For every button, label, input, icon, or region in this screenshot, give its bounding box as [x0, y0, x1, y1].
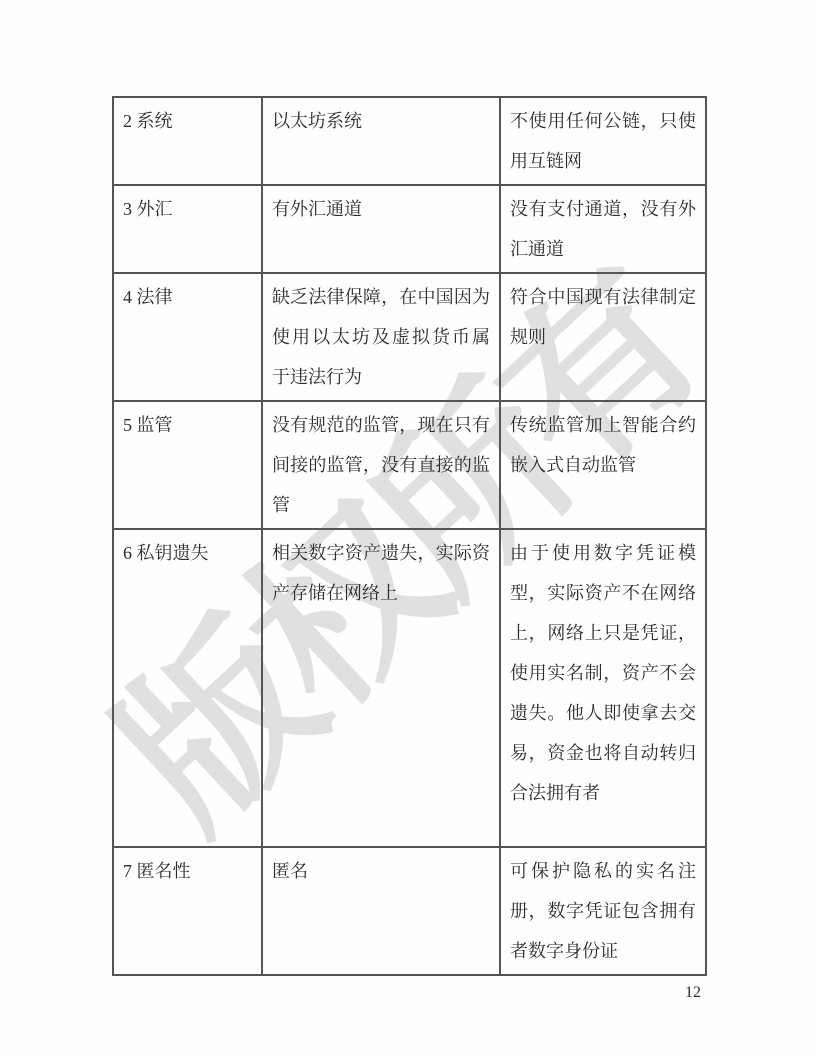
table-cell: 4 法律	[113, 273, 262, 401]
table-cell: 有外汇通道	[262, 185, 500, 273]
table-cell: 7 匿名性	[113, 847, 262, 975]
cell-line: 2 系统	[123, 101, 252, 141]
cell-line: 相关数字资产遗失，实际资	[272, 533, 490, 573]
table-row: 7 匿名性匿名可保护隐私的实名注册，数字凭证包含拥有者数字身份证	[113, 847, 706, 975]
cell-line: 易，资金也将自动转归	[510, 733, 696, 773]
cell-line: 汇通道	[510, 229, 696, 269]
comparison-table: 2 系统以太坊系统不使用任何公链，只使用互链网3 外汇有外汇通道没有支付通道，没…	[112, 96, 707, 976]
table-row: 2 系统以太坊系统不使用任何公链，只使用互链网	[113, 97, 706, 185]
cell-line: 上，网络上只是凭证，	[510, 613, 696, 653]
cell-line: 型，实际资产不在网络	[510, 573, 696, 613]
cell-line: 匿名	[272, 851, 490, 891]
table-cell: 相关数字资产遗失，实际资产存储在网络上	[262, 529, 500, 847]
table-row: 5 监管没有规范的监管，现在只有间接的监管，没有直接的监管传统监管加上智能合约嵌…	[113, 401, 706, 529]
cell-line: 缺乏法律保障，在中国因为	[272, 277, 490, 317]
cell-line: 遗失。他人即使拿去交	[510, 693, 696, 733]
table-body: 2 系统以太坊系统不使用任何公链，只使用互链网3 外汇有外汇通道没有支付通道，没…	[113, 97, 706, 975]
table-row: 4 法律缺乏法律保障，在中国因为使用以太坊及虚拟货币属于违法行为符合中国现有法律…	[113, 273, 706, 401]
cell-line: 4 法律	[123, 277, 252, 317]
cell-line: 有外汇通道	[272, 189, 490, 229]
cell-line: 传统监管加上智能合约	[510, 405, 696, 445]
table-row: 6 私钥遗失相关数字资产遗失，实际资产存储在网络上由于使用数字凭证模型，实际资产…	[113, 529, 706, 847]
cell-line: 用互链网	[510, 141, 696, 181]
table-cell: 3 外汇	[113, 185, 262, 273]
cell-line: 不使用任何公链，只使	[510, 101, 696, 141]
table-cell: 以太坊系统	[262, 97, 500, 185]
cell-line: 嵌入式自动监管	[510, 445, 696, 485]
cell-line: 3 外汇	[123, 189, 252, 229]
table-cell: 没有支付通道，没有外汇通道	[500, 185, 706, 273]
cell-line: 没有支付通道，没有外	[510, 189, 696, 229]
cell-line: 6 私钥遗失	[123, 533, 252, 573]
cell-line: 可保护隐私的实名注	[510, 851, 696, 891]
cell-line: 于违法行为	[272, 357, 490, 397]
cell-line: 规则	[510, 317, 696, 357]
page-number: 12	[678, 984, 708, 1002]
table-cell: 没有规范的监管，现在只有间接的监管，没有直接的监管	[262, 401, 500, 529]
cell-line: 符合中国现有法律制定	[510, 277, 696, 317]
cell-line: 间接的监管，没有直接的监	[272, 445, 490, 485]
table-cell: 匿名	[262, 847, 500, 975]
cell-line: 使用实名制，资产不会	[510, 653, 696, 693]
table-cell: 可保护隐私的实名注册，数字凭证包含拥有者数字身份证	[500, 847, 706, 975]
table-cell: 6 私钥遗失	[113, 529, 262, 847]
cell-line: 册，数字凭证包含拥有	[510, 891, 696, 931]
table-cell: 2 系统	[113, 97, 262, 185]
table-cell: 符合中国现有法律制定规则	[500, 273, 706, 401]
cell-line: 使用以太坊及虚拟货币属	[272, 317, 490, 357]
cell-line: 管	[272, 485, 490, 525]
table-cell: 缺乏法律保障，在中国因为使用以太坊及虚拟货币属于违法行为	[262, 273, 500, 401]
cell-line: 产存储在网络上	[272, 573, 490, 613]
table-cell: 不使用任何公链，只使用互链网	[500, 97, 706, 185]
cell-line: 以太坊系统	[272, 101, 490, 141]
table-cell: 5 监管	[113, 401, 262, 529]
cell-line: 由于使用数字凭证模	[510, 533, 696, 573]
cell-line: 者数字身份证	[510, 931, 696, 971]
cell-line: 没有规范的监管，现在只有	[272, 405, 490, 445]
cell-line: 5 监管	[123, 405, 252, 445]
document-page: 版权所有 2 系统以太坊系统不使用任何公链，只使用互链网3 外汇有外汇通道没有支…	[0, 0, 816, 1056]
cell-line: 7 匿名性	[123, 851, 252, 891]
table-cell: 传统监管加上智能合约嵌入式自动监管	[500, 401, 706, 529]
cell-line: 合法拥有者	[510, 773, 696, 813]
table-row: 3 外汇有外汇通道没有支付通道，没有外汇通道	[113, 185, 706, 273]
table-cell: 由于使用数字凭证模型，实际资产不在网络上，网络上只是凭证，使用实名制，资产不会遗…	[500, 529, 706, 847]
